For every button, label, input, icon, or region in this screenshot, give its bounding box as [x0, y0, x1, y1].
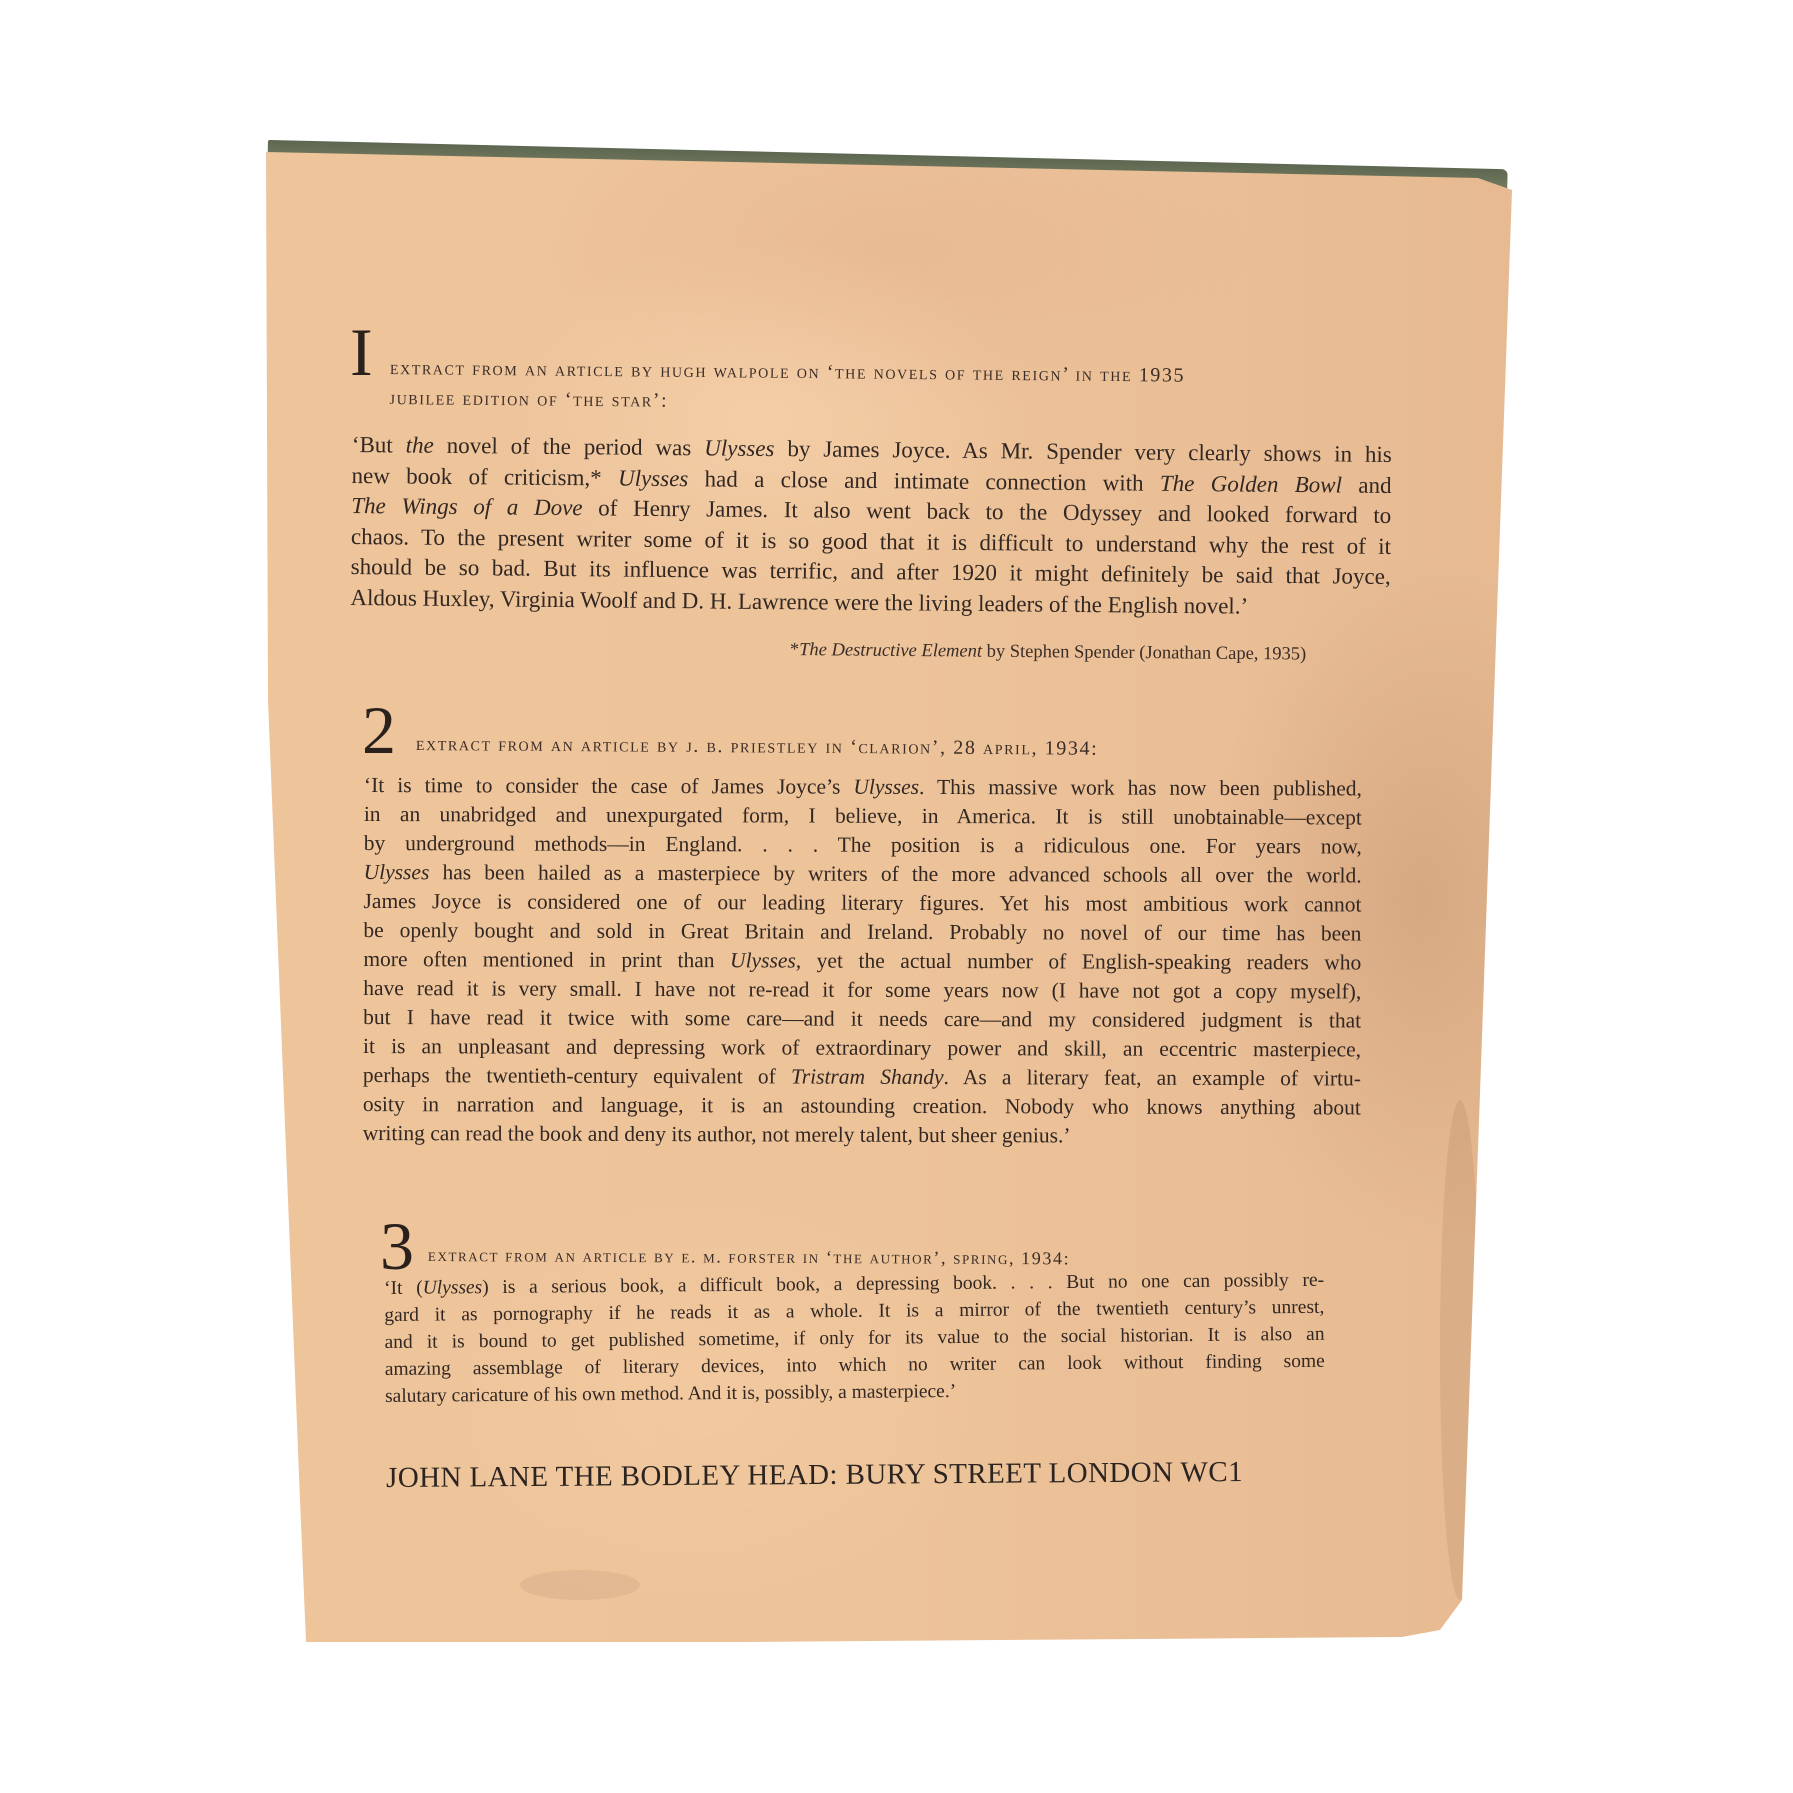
section-numeral-3: 3 — [380, 1212, 414, 1280]
section-header-line: Extract from an article by J. B. Priestl… — [416, 733, 1099, 768]
quote-body-3: ‘It (Ulysses) is a serious book, a diffi… — [384, 1270, 1325, 1413]
quote-body-1: ‘But the novel of the period was Ulysses… — [350, 432, 1392, 625]
section-header-line: Jubilee Edition of ‘The Star’: — [389, 387, 1185, 425]
quote-line: in an unabridged and unexpurgated form, … — [364, 802, 1362, 834]
publisher-imprint: JOHN LANE THE BODLEY HEAD: BURY STREET L… — [386, 1456, 1243, 1495]
quote-line: more often mentioned in print than Ulyss… — [363, 947, 1361, 979]
footnote: *The Destructive Element by Stephen Spen… — [790, 640, 1307, 666]
quote-line: writing can read the book and deny its a… — [363, 1121, 1361, 1153]
quote-line: ‘It is time to consider the case of Jame… — [364, 773, 1362, 805]
quote-line: perhaps the twentieth-century equivalent… — [363, 1063, 1361, 1095]
quote-line: it is an unpleasant and depressing work … — [363, 1034, 1361, 1066]
quote-body-2: ‘It is time to consider the case of Jame… — [363, 773, 1362, 1153]
section-header-2: Extract from an article by J. B. Priestl… — [416, 733, 1099, 768]
quote-line: Ulysses has been hailed as a masterpiece… — [364, 860, 1362, 892]
quote-line: James Joyce is considered one of our lea… — [363, 889, 1361, 921]
quote-line: be openly bought and sold in Great Brita… — [363, 918, 1361, 950]
section-header-1: Extract from an article by Hugh Walpole … — [389, 357, 1185, 425]
quote-line: by underground methods—in England. . . .… — [364, 831, 1362, 863]
jacket-text: I Extract from an article by Hugh Walpol… — [0, 0, 1793, 1793]
section-numeral-2: 2 — [362, 696, 396, 764]
quote-line: but I have read it twice with some care—… — [363, 1005, 1361, 1037]
quote-line: have read it is very small. I have not r… — [363, 976, 1361, 1008]
quote-line: osity in narration and language, it is a… — [363, 1092, 1361, 1124]
section-numeral-1: I — [350, 318, 373, 386]
